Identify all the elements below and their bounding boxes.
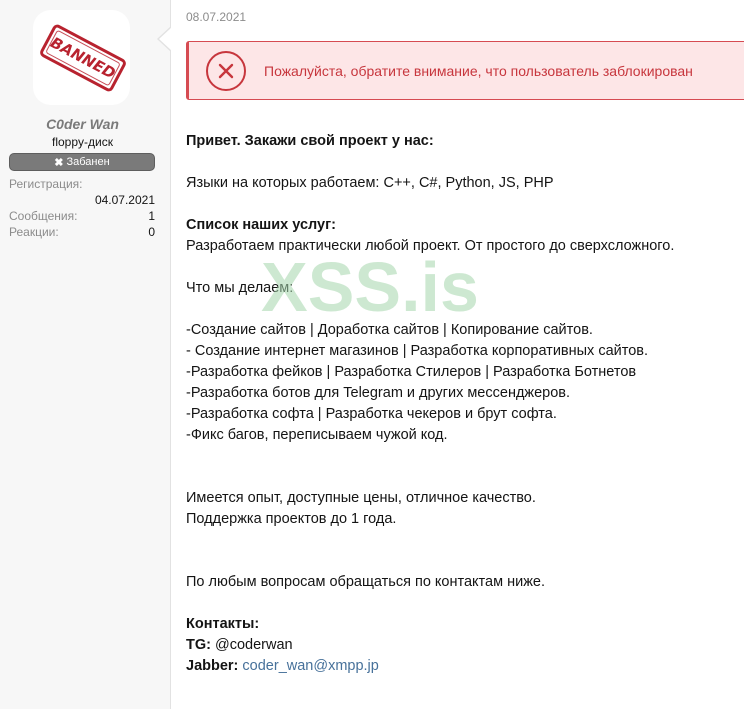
banned-badge-label: Забанен xyxy=(67,156,110,168)
service-item: -Разработка ботов для Telegram и других … xyxy=(186,383,744,404)
stat-messages: Сообщения: 1 xyxy=(9,208,155,224)
services-intro: Разработаем практически любой проект. От… xyxy=(186,236,744,257)
jabber-link[interactable]: coder_wan@xmpp.jp xyxy=(242,658,378,674)
user-title: floppy-диск xyxy=(0,135,165,149)
service-item: - Создание интернет магазинов | Разработ… xyxy=(186,341,744,362)
support: Поддержка проектов до 1 года. xyxy=(186,509,744,530)
questions: По любым вопросам обращаться по контакта… xyxy=(186,572,744,593)
stat-label: Регистрация: xyxy=(9,176,155,192)
avatar[interactable]: BANNED xyxy=(33,10,130,105)
languages: Языки на которых работаем: C++, C#, Pyth… xyxy=(186,173,744,194)
what-we-do: Что мы делаем: xyxy=(186,278,744,299)
service-item: -Разработка софта | Разработка чекеров и… xyxy=(186,404,744,425)
service-item: -Фикс багов, переписываем чужой код. xyxy=(186,425,744,446)
user-stats: Регистрация: 04.07.2021 Сообщения: 1 Реа… xyxy=(9,176,155,240)
contacts-heading: Контакты: xyxy=(186,616,259,632)
post-date[interactable]: 08.07.2021 xyxy=(186,10,246,24)
stat-reactions: Реакции: 0 xyxy=(9,224,155,240)
sidebar-caret-inner xyxy=(159,27,172,51)
banned-user-alert: Пожалуйста, обратите внимание, что польз… xyxy=(186,41,744,100)
alert-text: Пожалуйста, обратите внимание, что польз… xyxy=(264,63,693,79)
greeting: Привет. Закажи свой проект у нас: xyxy=(186,133,434,149)
stat-value[interactable]: 1 xyxy=(148,208,155,224)
user-sidebar: BANNED C0der Wan floppy-диск ✖ Забанен Р… xyxy=(0,0,171,709)
stat-registration: Регистрация: 04.07.2021 xyxy=(9,176,155,208)
service-item: -Разработка фейков | Разработка Стилеров… xyxy=(186,362,744,383)
stat-label: Реакции: xyxy=(9,224,59,240)
stamp-text: BANNED xyxy=(47,33,118,82)
services-heading: Список наших услуг: xyxy=(186,217,336,233)
close-x-icon: ✖ xyxy=(54,156,63,169)
username[interactable]: C0der Wan xyxy=(0,116,165,132)
experience: Имеется опыт, доступные цены, отличное к… xyxy=(186,488,744,509)
contact-tg: TG: @coderwan xyxy=(186,635,744,656)
tg-value: @coderwan xyxy=(215,637,293,653)
service-item: -Создание сайтов | Доработка сайтов | Ко… xyxy=(186,320,744,341)
contact-jabber: Jabber: coder_wan@xmpp.jp xyxy=(186,656,744,677)
stat-label: Сообщения: xyxy=(9,208,77,224)
circle-x-icon xyxy=(206,51,246,91)
banned-badge: ✖ Забанен xyxy=(9,153,155,171)
forum-post: BANNED C0der Wan floppy-диск ✖ Забанен Р… xyxy=(0,0,744,709)
stat-value: 0 xyxy=(148,224,155,240)
jabber-label: Jabber: xyxy=(186,658,238,674)
post-body: Привет. Закажи свой проект у нас: Языки … xyxy=(186,131,744,677)
tg-label: TG: xyxy=(186,637,211,653)
stat-value: 04.07.2021 xyxy=(9,192,155,208)
banned-stamp-icon: BANNED xyxy=(38,23,127,93)
